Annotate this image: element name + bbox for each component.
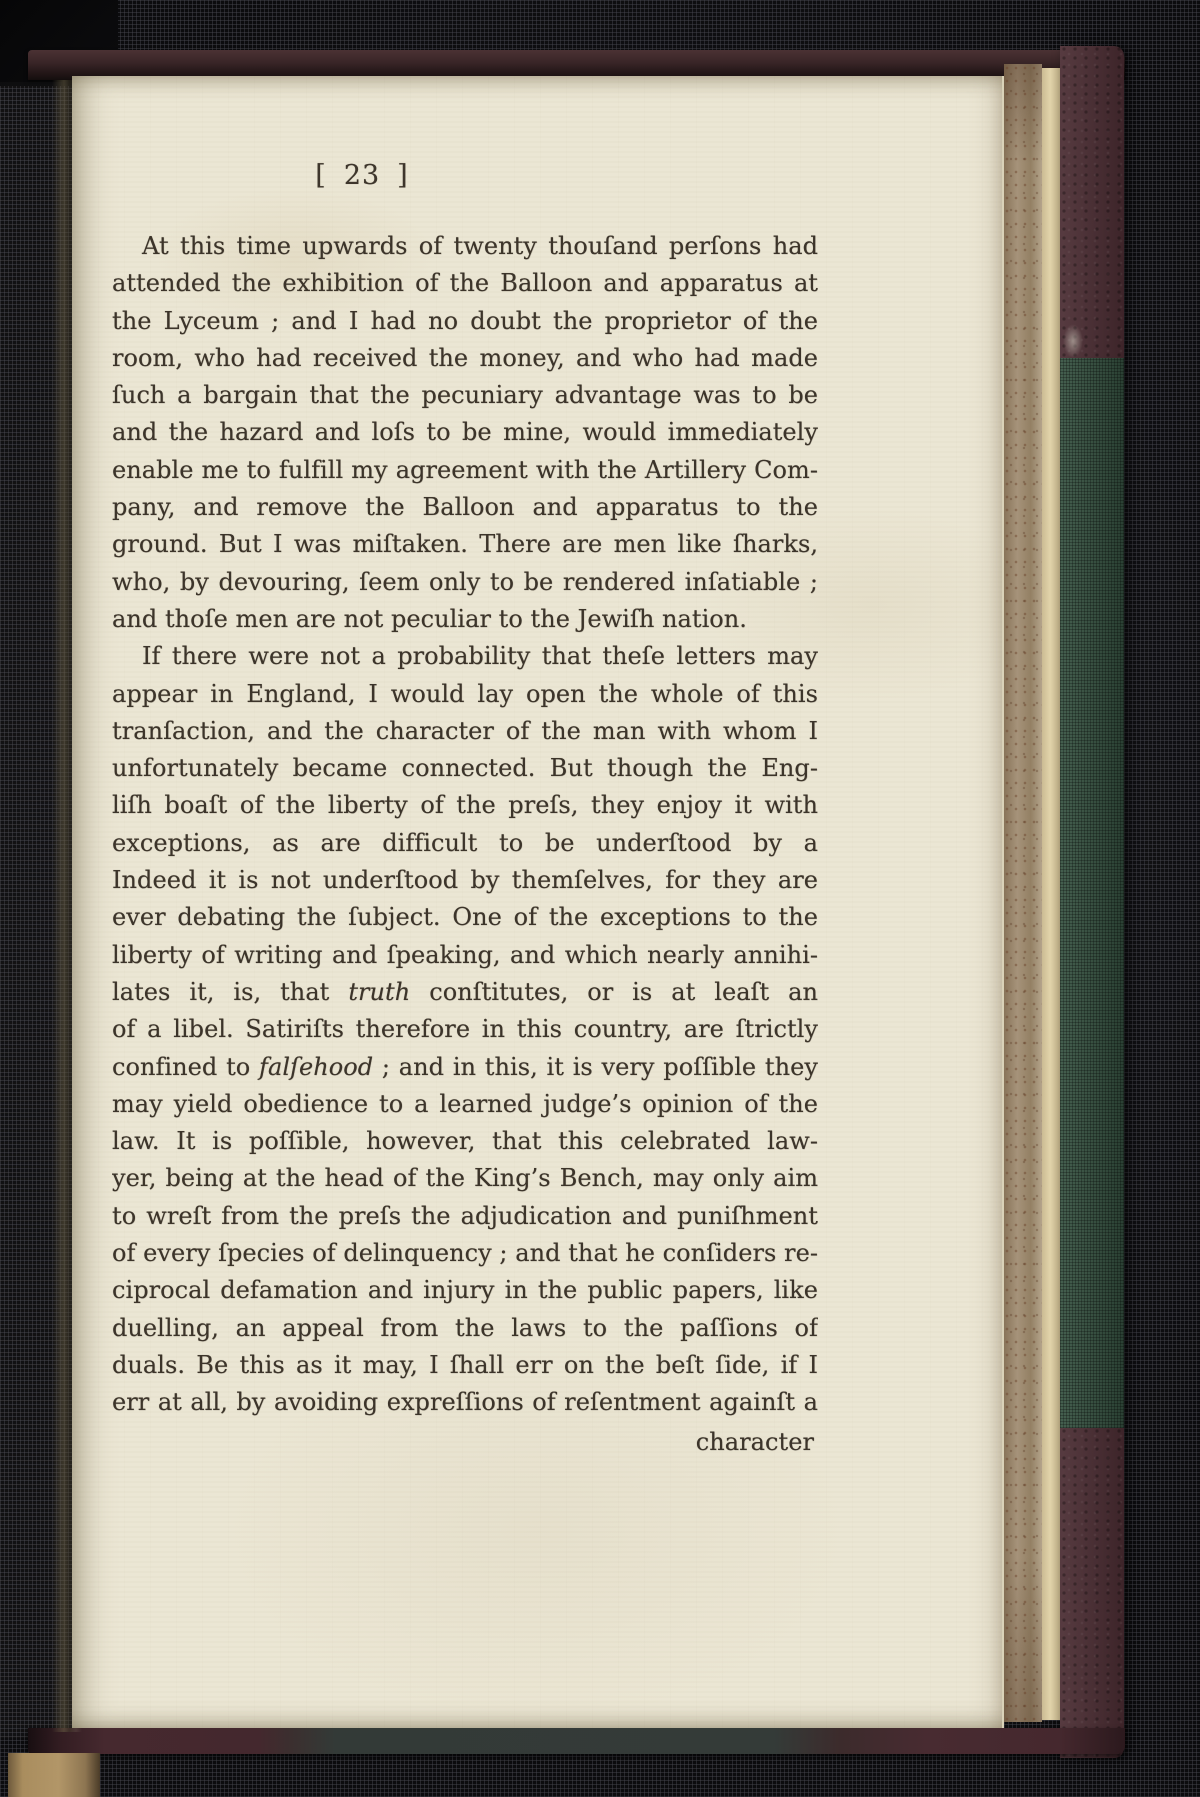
text-span: ; and in this, it is very poſſible they — [373, 1053, 818, 1081]
text-line: liberty of writing and ſpeaking, and whi… — [112, 937, 818, 974]
text-span: lates it, is, that — [112, 978, 348, 1006]
fore-edge-page-stack — [1004, 64, 1042, 1722]
book-bottom-edge — [28, 1728, 1125, 1754]
header-bracket-left: [ — [315, 160, 327, 191]
text-line: duals. Be this as it may, I ſhall err on… — [112, 1347, 818, 1384]
text-line: yer, being at the head of the King’s Ben… — [112, 1160, 818, 1197]
italic-word-falsehood: falſehood — [259, 1053, 373, 1081]
leather-scuff-mark — [1063, 324, 1083, 358]
header-bracket-right: ] — [397, 160, 409, 191]
text-line: and the hazard and loſs to be mine, woul… — [112, 414, 818, 451]
text-line: enable me to fulfill my agreement with t… — [112, 452, 818, 489]
text-line: law. It is poſſible, however, that this … — [112, 1123, 818, 1160]
text-line: exceptions, as are difficult to be under… — [112, 825, 818, 862]
leather-corner-bottom — [1060, 1428, 1124, 1758]
page-number-header: [ 23 ] — [252, 160, 472, 191]
text-block: At this time upwards of twenty thouſand … — [112, 228, 818, 1461]
text-line: liſh boaſt of the liberty of the preſs, … — [112, 787, 818, 824]
text-line: tranſaction, and the character of the ma… — [112, 713, 818, 750]
flyleaf-edge — [1042, 68, 1060, 1720]
text-line: lates it, is, that truth conſtitutes, or… — [112, 974, 818, 1011]
text-line: confined to falſehood ; and in this, it … — [112, 1049, 818, 1086]
book-page: [ 23 ] At this time upwards of twenty th… — [72, 76, 1004, 1728]
text-line: appear in England, I would lay open the … — [112, 676, 818, 713]
text-line: pany, and remove the Balloon and apparat… — [112, 489, 818, 526]
italic-word-truth: truth — [348, 978, 410, 1006]
text-line: Indeed it is not underſtood by themſelve… — [112, 862, 818, 899]
leather-corner-top — [1060, 46, 1124, 358]
catchword: character — [112, 1424, 818, 1461]
text-line: of a libel. Satiriſts therefore in this … — [112, 1011, 818, 1048]
text-line: of every ſpecies of delinquency ; and th… — [112, 1235, 818, 1272]
book-binding — [1060, 46, 1124, 1758]
text-line: who, by devouring, ſeem only to be rende… — [112, 564, 818, 601]
text-line: to wreſt from the preſs the adjudication… — [112, 1198, 818, 1235]
scene: { "colors": { "background_cloth": "#1010… — [0, 0, 1200, 1797]
text-line: At this time upwards of twenty thouſand … — [112, 228, 818, 265]
text-line: ever debating the ſubject. One of the ex… — [112, 899, 818, 936]
text-line: err at all, by avoiding expreſſions of r… — [112, 1384, 818, 1421]
text-span: confined to — [112, 1053, 259, 1081]
text-line: attended the exhibition of the Balloon a… — [112, 265, 818, 302]
text-line: If there were not a probability that the… — [112, 638, 818, 675]
text-line: room, who had received the money, and wh… — [112, 340, 818, 377]
text-line: the Lyceum ; and I had no doubt the prop… — [112, 303, 818, 340]
text-line: duelling, an appeal from the laws to the… — [112, 1310, 818, 1347]
text-line: may yield obedience to a learned judge’s… — [112, 1086, 818, 1123]
text-line: unfortunately became connected. But thou… — [112, 750, 818, 787]
text-line: ground. But I was miſtaken. There are me… — [112, 526, 818, 563]
cradle-foot — [8, 1753, 100, 1797]
text-line: and thoſe men are not peculiar to the Je… — [112, 601, 818, 638]
page-number: 23 — [344, 160, 380, 191]
text-line: ſuch a bargain that the pecuniary advant… — [112, 377, 818, 414]
green-cloth-spine-side — [1060, 358, 1124, 1428]
text-line: ciprocal defamation and injury in the pu… — [112, 1272, 818, 1309]
